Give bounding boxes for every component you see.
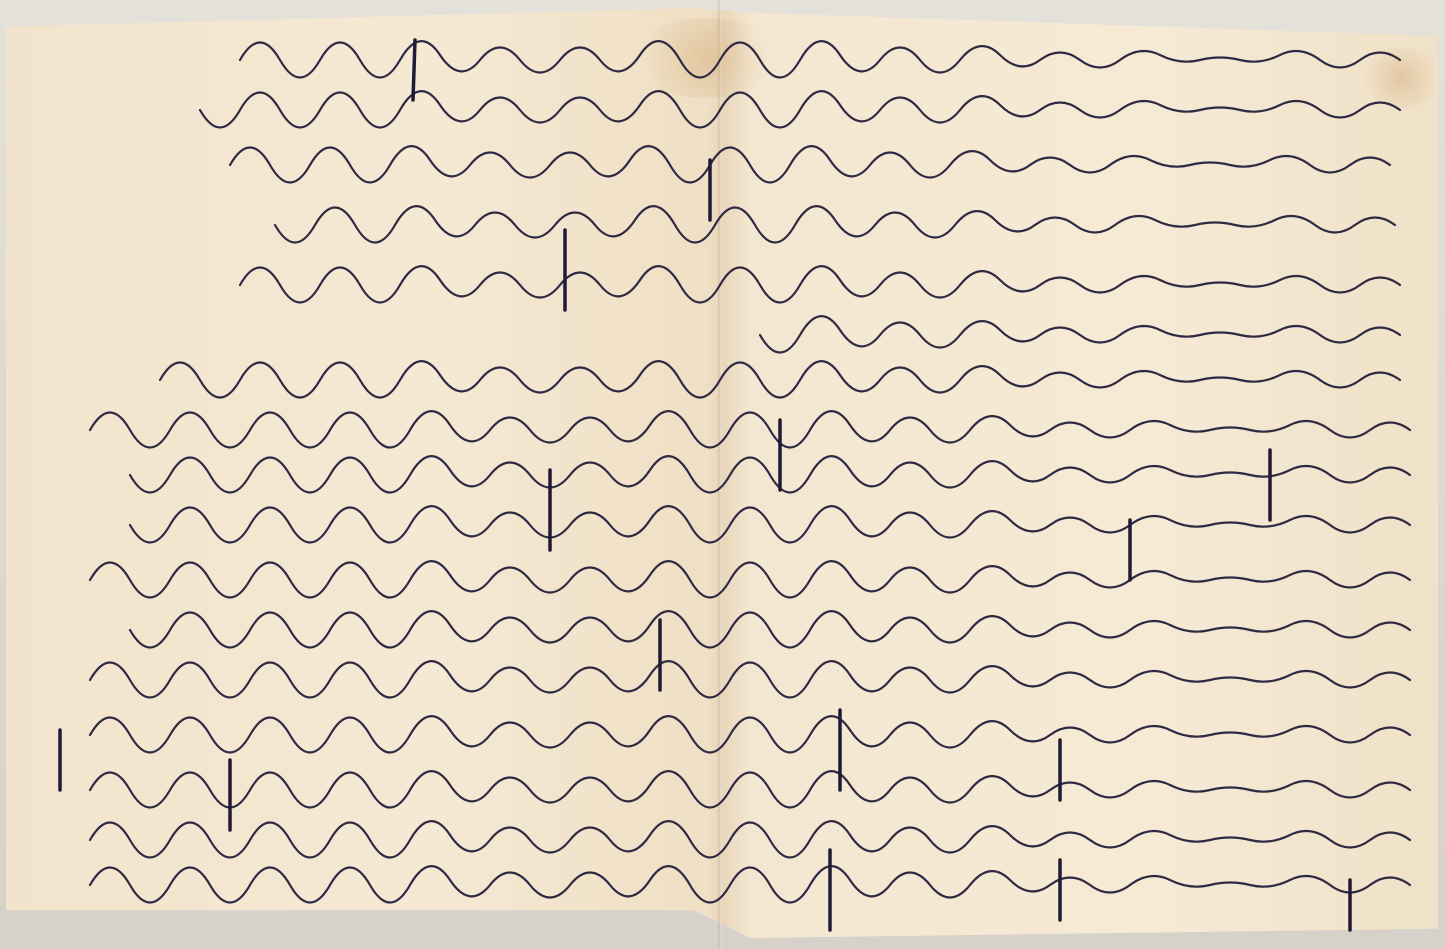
handwritten-text bbox=[0, 0, 1445, 949]
